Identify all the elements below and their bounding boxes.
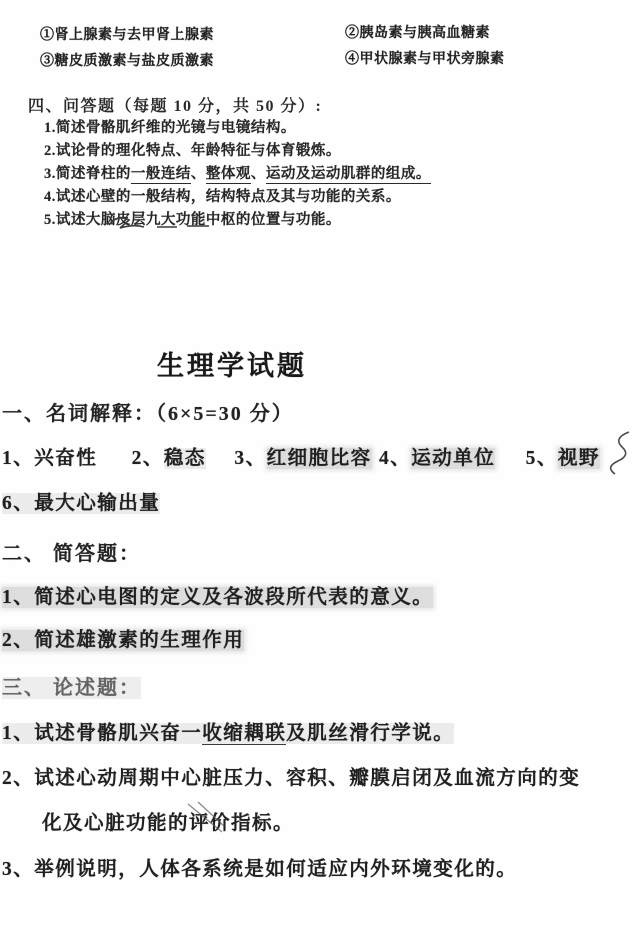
term-6-label: 6、最大心输出量 [2,493,160,514]
essay-q1-underlined: 收缩耦联 [202,723,286,745]
pen-mark-curl [598,428,634,476]
qa-item-3-underline-1: 一般连结 [131,166,191,184]
qa-item-1: 1.简述骨骼肌纤维的光镜与电镜结构。 [44,117,431,140]
term-3: 3、红细胞比容 [234,448,371,469]
term-2-num: 2、 [132,448,164,469]
qa-item-3-sep2: 、 [251,166,266,182]
pen-mark-arrow-dashes [105,212,255,234]
term-3-label: 红细胞比容 [267,448,372,469]
term-2-label: 稳态 [164,448,206,469]
essay-q2-line2: 化及心脏功能的评价指标。 [42,807,294,835]
option-1: ①肾上腺素与去甲肾上腺素 [40,24,214,44]
term-5-num: 5、 [526,448,558,469]
term-1-num: 1、 [2,448,34,469]
exam-title: 生理学试题 [157,344,307,383]
essay-q1-suffix: 及肌丝滑行学说。 [286,723,454,744]
short-answer-q2: 2、简述雄激素的生理作用 [2,624,244,652]
essay-q1-prefix: 1、试述骨骼肌兴奋一 [2,723,202,744]
short-answer-q2-text: 2、简述雄激素的生理作用 [2,630,244,651]
essay-heading-text: 三、 论述题： [2,677,141,699]
term-4-label: 运动单位 [411,448,495,469]
qa-item-3: 3.简述脊柱的一般连结、整体观、运动及运动肌群的组成。 [44,163,431,186]
term-4: 4、运动单位 [379,448,495,469]
noun-section-heading: 一、名词解释：（6×5=30 分） [2,397,294,426]
option-4: ④甲状腺素与甲状旁腺素 [345,48,505,68]
short-answer-q1-text: 1、简述心电图的定义及各波段所代表的意义。 [2,587,433,608]
essay-q3: 3、举例说明，人体各系统是如何适应内外环境变化的。 [2,853,517,881]
qa-item-3-prefix: 3.简述脊柱的 [44,166,131,182]
scanned-exam-page: ①肾上腺素与去甲肾上腺素 ②胰岛素与胰高血糖素 ③糖皮质激素与盐皮质激素 ④甲状… [0,0,635,930]
term-1: 1、兴奋性 [2,448,97,469]
term-2: 2、稳态 [132,448,206,469]
qa-section-heading: 四、问答题（每题 10 分，共 50 分）: [28,93,322,116]
term-1-label: 兴奋性 [34,448,97,469]
term-5-label: 视野 [558,448,600,469]
short-answer-heading: 二、 简答题： [2,537,141,566]
essay-heading: 三、 论述题： [2,671,141,700]
short-answer-q1: 1、简述心电图的定义及各波段所代表的意义。 [2,581,433,609]
qa-item-4: 4.试述心壁的一般结构，结构特点及其与功能的关系。 [44,186,431,209]
term-5: 5、视野 [526,448,600,469]
qa-item-2: 2.试论骨的理化特点、年龄特征与体育锻炼。 [44,140,431,163]
qa-item-3-underline-2: 整体观 [206,166,251,184]
option-3: ③糖皮质激素与盐皮质激素 [40,50,214,70]
term-3-num: 3、 [234,448,266,469]
qa-item-3-sep1: 、 [191,166,206,182]
term-6: 6、最大心输出量 [2,487,160,515]
qa-item-3-underline-3: 运动及运动肌群的组成。 [266,166,431,184]
essay-q2-line1: 2、试述心动周期中心脏压力、容积、瓣膜启闭及血流方向的变 [2,762,580,790]
noun-terms-line: 1、兴奋性 2、稳态 3、红细胞比容 4、运动单位 5、视野 [2,442,600,470]
essay-q1: 1、试述骨骼肌兴奋一收缩耦联及肌丝滑行学说。 [2,717,454,745]
option-2: ②胰岛素与胰高血糖素 [345,22,490,42]
term-4-num: 4、 [379,448,411,469]
pen-mark-hatch [182,798,234,840]
essay-q1-text: 1、试述骨骼肌兴奋一收缩耦联及肌丝滑行学说。 [2,723,454,744]
